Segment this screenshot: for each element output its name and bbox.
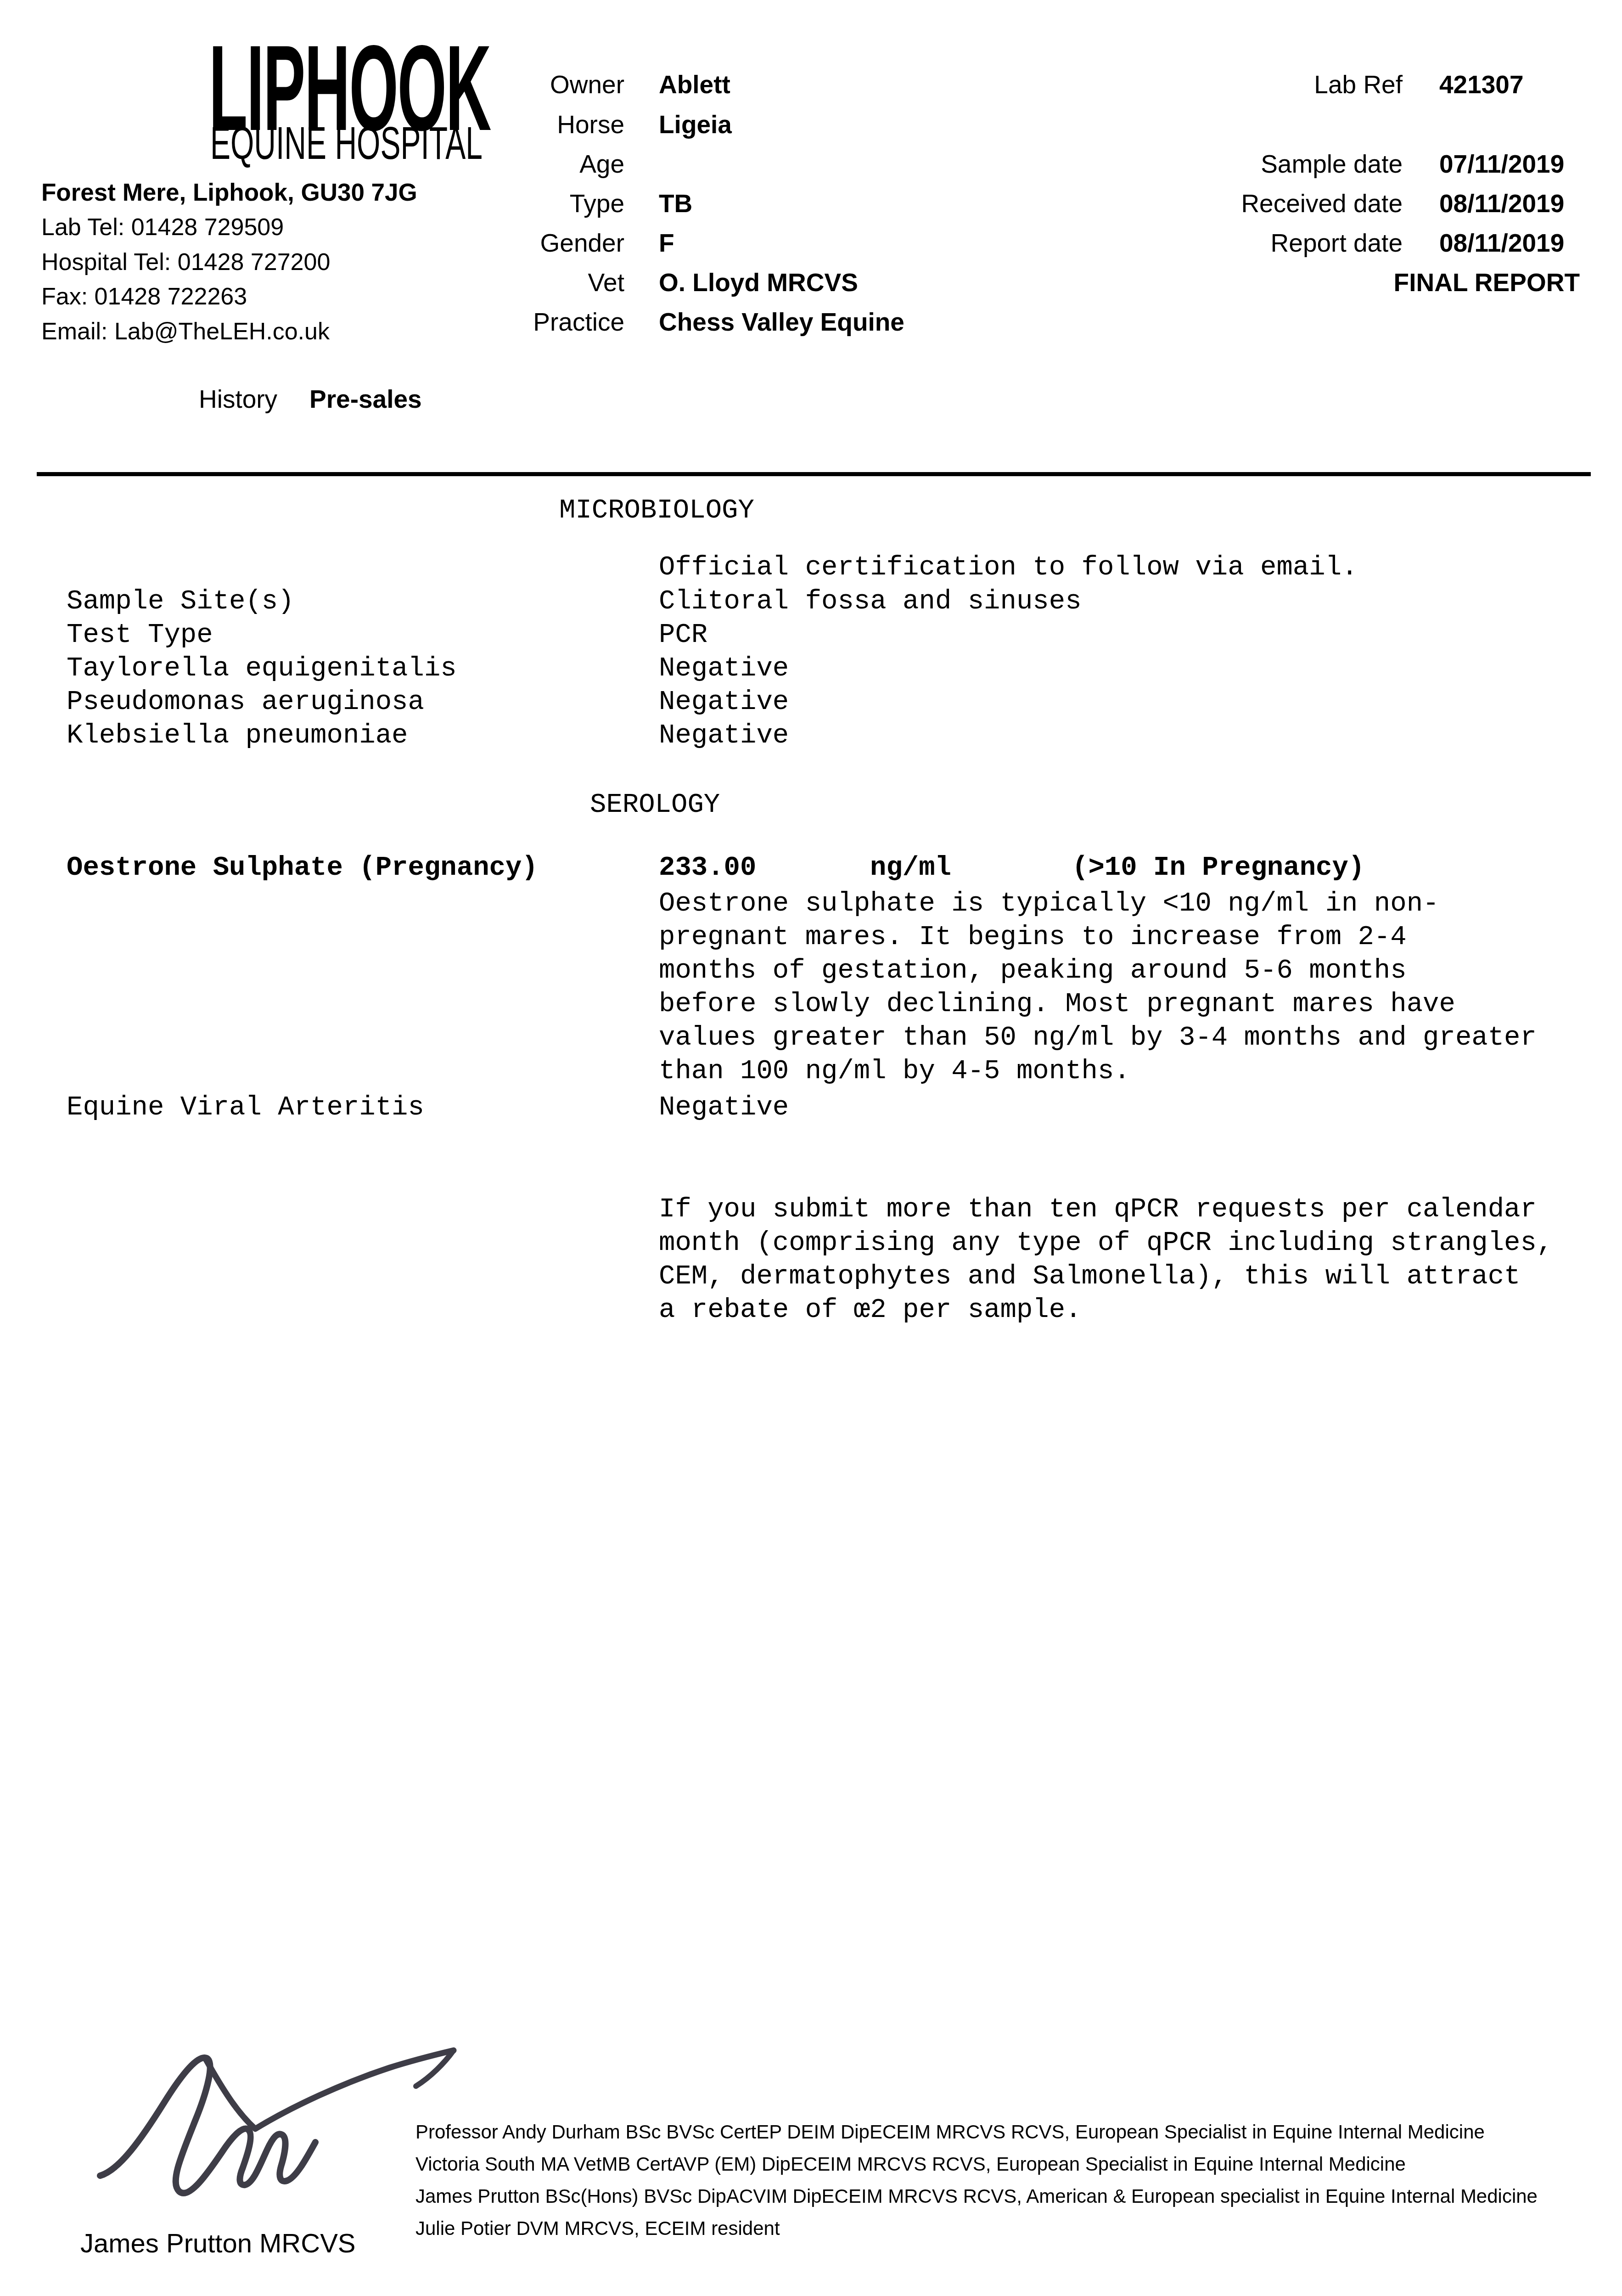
email: Email: Lab@TheLEH.co.uk [41,320,330,343]
patient-practice-value: Chess Valley Equine [659,310,904,335]
sample-date-label: Sample date [1194,152,1403,177]
patient-type-value: TB [659,191,692,216]
lab-tel: Lab Tel: 01428 729509 [41,215,284,239]
patient-owner-value: Ablett [659,72,730,97]
sample-date-value: 07/11/2019 [1439,152,1564,177]
history-value: Pre-sales [309,387,422,412]
received-date-value: 08/11/2019 [1439,191,1564,216]
hospital-tel: Hospital Tel: 01428 727200 [41,250,330,274]
patient-gender-label: Gender [459,231,624,256]
micro-test-type-label: Test Type [67,621,213,648]
patient-vet-label: Vet [459,270,624,295]
patient-age-label: Age [459,152,624,177]
micro-pseudomonas-label: Pseudomonas aeruginosa [67,688,424,715]
micro-test-type-value: PCR [659,621,707,648]
oestrone-comment: Oestrone sulphate is typically <10 ng/ml… [659,887,1537,1088]
micro-klebsiella-label: Klebsiella pneumoniae [67,722,408,749]
section-title-serology: SEROLOGY [590,791,720,818]
qpcr-rebate-note: If you submit more than ten qPCR request… [659,1193,1553,1327]
microbiology-note: Official certification to follow via ema… [659,554,1358,581]
eva-label: Equine Viral Arteritis [67,1094,424,1121]
patient-horse-label: Horse [459,112,624,137]
staff-line-4: Julie Potier DVM MRCVS, ECEIM resident [415,2219,780,2238]
section-divider [37,472,1591,476]
signature-stroke-main [100,2058,315,2193]
report-date-label: Report date [1194,231,1403,256]
section-title-microbiology: MICROBIOLOGY [559,497,754,524]
patient-vet-value: O. Lloyd MRCVS [659,270,858,295]
micro-pseudomonas-value: Negative [659,688,789,715]
lab-ref-label: Lab Ref [1194,72,1403,97]
eva-value: Negative [659,1094,789,1121]
oestrone-reference-range: (>10 In Pregnancy) [1072,854,1364,881]
patient-type-label: Type [459,191,624,216]
micro-sample-site-label: Sample Site(s) [67,588,294,615]
clinic-subtitle-text: EQUINE HOSPITAL [210,120,483,166]
fax: Fax: 01428 722263 [41,285,247,309]
patient-practice-label: Practice [459,310,624,335]
staff-line-2: Victoria South MA VetMB CertAVP (EM) Dip… [415,2155,1406,2174]
oestrone-units: ng/ml [870,854,951,881]
patient-gender-value: F [659,231,674,256]
signature-image [87,2034,464,2218]
received-date-label: Received date [1194,191,1403,216]
patient-owner-label: Owner [459,72,624,97]
lab-ref-value: 421307 [1439,72,1524,97]
staff-line-3: James Prutton BSc(Hons) BVSc DipACVIM Di… [415,2187,1538,2206]
report-date-value: 08/11/2019 [1439,231,1564,256]
history-label: History [199,387,277,412]
oestrone-label: Oestrone Sulphate (Pregnancy) [67,854,538,881]
patient-horse-value: Ligeia [659,112,732,137]
micro-taylorella-label: Taylorella equigenitalis [67,655,457,682]
lab-report-page: LIPHOOK EQUINE HOSPITAL Forest Mere, Lip… [0,0,1622,2296]
micro-taylorella-value: Negative [659,655,789,682]
clinic-address: Forest Mere, Liphook, GU30 7JG [41,180,417,205]
micro-sample-site-value: Clitoral fossa and sinuses [659,588,1082,615]
report-status: FINAL REPORT [1194,270,1580,295]
micro-klebsiella-value: Negative [659,722,789,749]
signature-stroke-flourish [206,2050,454,2129]
staff-line-1: Professor Andy Durham BSc BVSc CertEP DE… [415,2122,1485,2142]
oestrone-value: 233.00 [659,854,756,881]
signatory-name: James Prutton MRCVS [80,2230,356,2257]
